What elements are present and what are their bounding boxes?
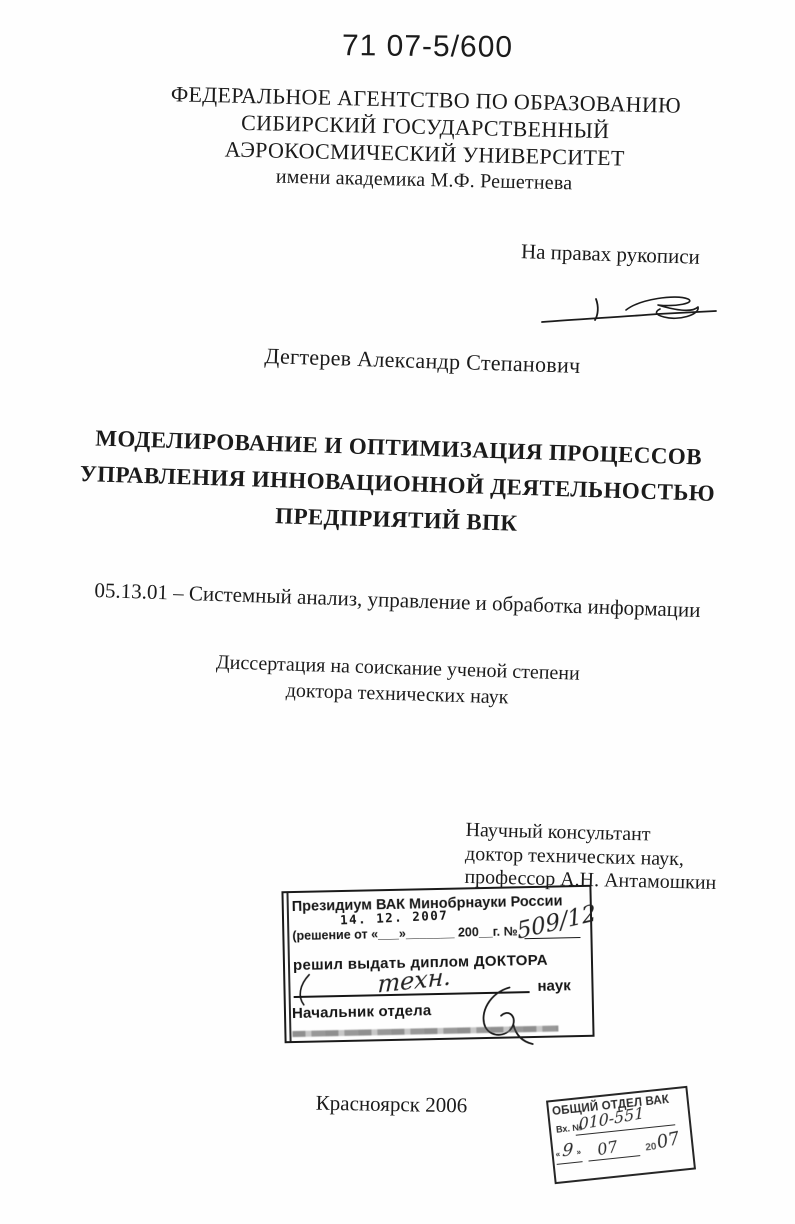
author-name: Дегтерев Александр Степанович (50, 336, 795, 385)
stamp-inner-border (286, 893, 291, 1041)
handwritten-day: 9 (562, 1140, 574, 1161)
manuscript-note: На правах рукописи (521, 239, 701, 270)
handwriting-stroke-icon (295, 973, 316, 1007)
degree-block: Диссертация на соискание ученой степени … (0, 643, 795, 720)
specialty-line: 05.13.01 – Системный анализ, управление … (0, 575, 795, 626)
catalog-number: 71 07-5/600 (60, 26, 795, 68)
handwritten-month: 07 (596, 1137, 619, 1159)
agency-block: ФЕДЕРАЛЬНОЕ АГЕНТСТВО ПО ОБРАЗОВАНИЮ СИБ… (54, 78, 795, 203)
day-quote-open: « (555, 1149, 560, 1158)
day-line (557, 1161, 583, 1165)
vak-approval-stamp: Президиум ВАК Минобрнауки России 14. 12.… (281, 885, 594, 1043)
vak-decision-line: (решение от «___»_______ 200__г. № (292, 924, 517, 943)
nauk-label: наук (537, 977, 571, 995)
author-signature-icon (540, 286, 720, 334)
year-prefix: 20 (645, 1141, 657, 1153)
handwritten-year: 07 (655, 1128, 682, 1153)
dissertation-title-page: 71 07-5/600 ФЕДЕРАЛЬНОЕ АГЕНТСТВО ПО ОБР… (0, 0, 795, 1224)
entry-stamp: ОБЩИЙ ОТДЕЛ ВАК Вх. № 010-551 « 9 » 07 2… (546, 1086, 696, 1184)
dissertation-title: МОДЕЛИРОВАНИЕ И ОПТИМИЗАЦИЯ ПРОЦЕССОВ УП… (0, 418, 795, 551)
official-title: Начальник отдела (292, 1002, 432, 1022)
day-quote-close: » (576, 1147, 581, 1156)
official-signature-icon (473, 984, 538, 1047)
